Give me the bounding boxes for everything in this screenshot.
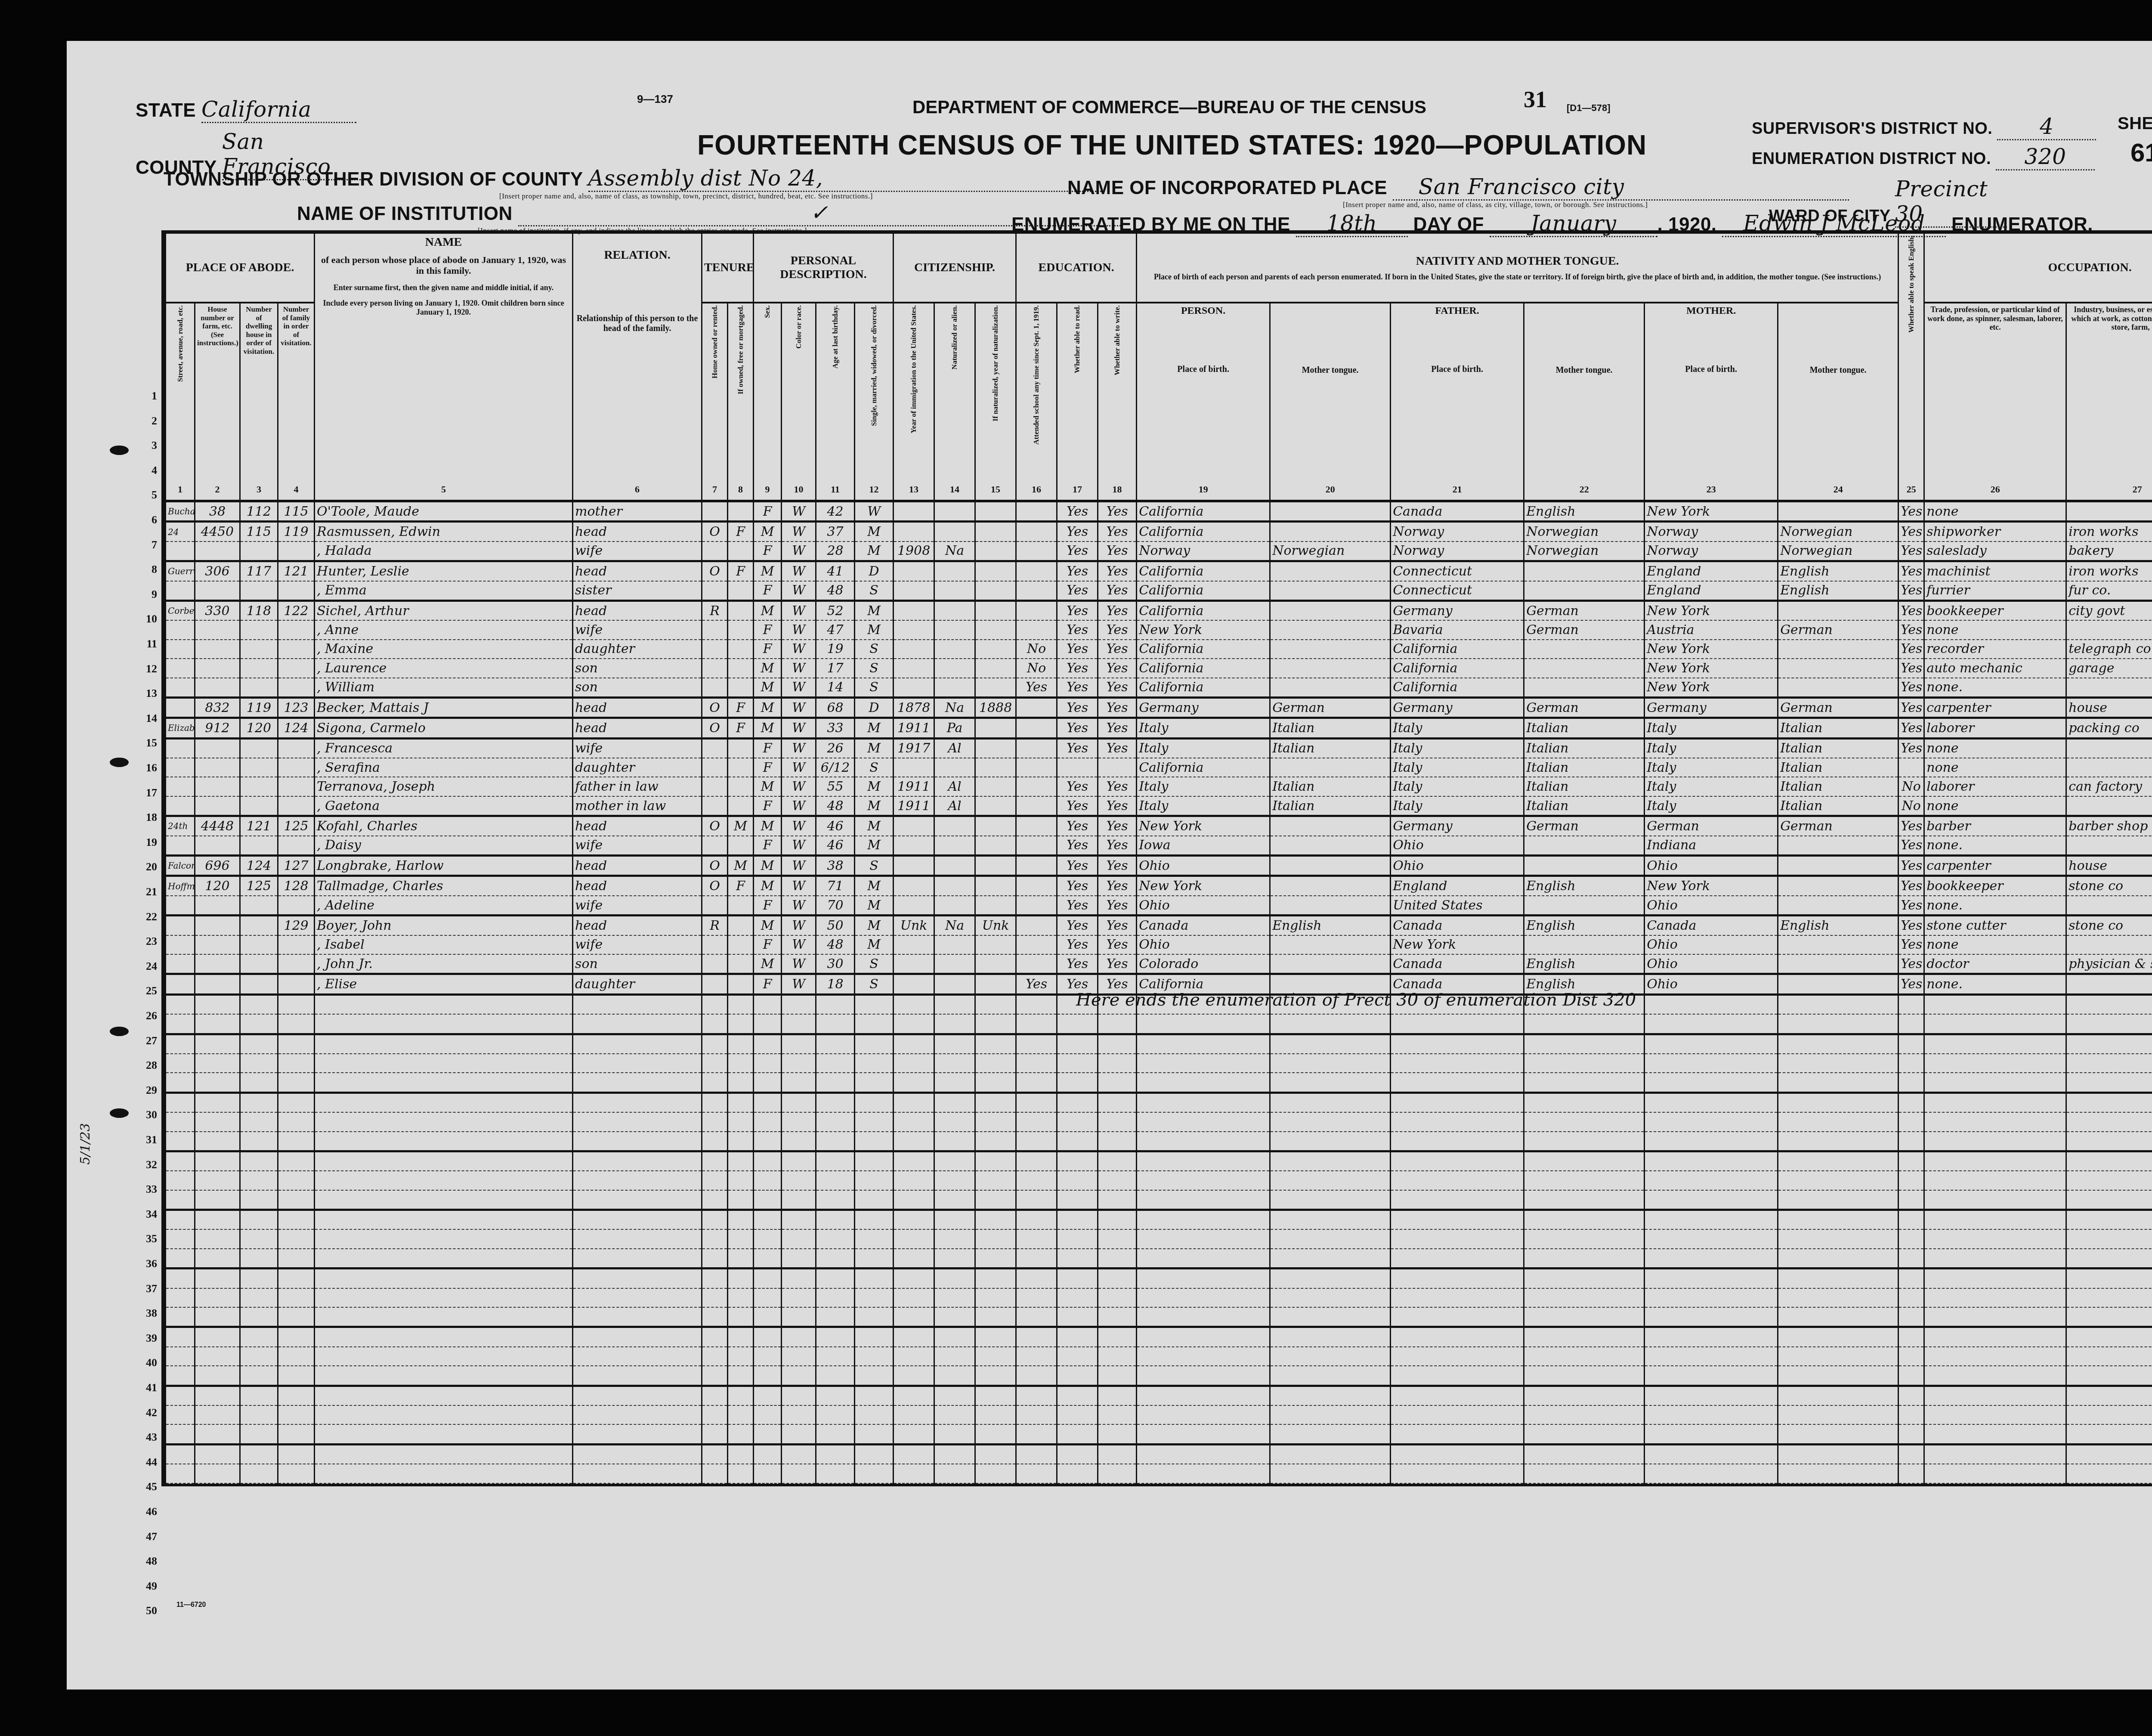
- cell-f_tongue: [1524, 1034, 1645, 1054]
- line-number: 25: [136, 984, 157, 997]
- punch-hole: [110, 758, 129, 767]
- cell-trade: [1924, 1307, 2066, 1327]
- cell-dwelling: 120: [240, 718, 278, 738]
- cell-english: [1898, 1405, 1924, 1424]
- cell-home: [702, 1327, 728, 1347]
- cell-age: 42: [816, 501, 855, 522]
- cell-house: [195, 1190, 240, 1210]
- cell-name: [315, 1151, 573, 1171]
- cell-school: [1016, 718, 1057, 738]
- cell-street: Hoffman: [166, 876, 195, 896]
- cell-family: 124: [278, 718, 315, 738]
- cell-industry: [2066, 758, 2152, 777]
- cell-nat: [934, 856, 975, 876]
- table-row: , John Jr.sonMW30SYesYesColoradoCanadaEn…: [166, 954, 2152, 974]
- cell-natyr: [975, 640, 1016, 659]
- cell-school: [1016, 758, 1057, 777]
- cell-school: [1016, 1054, 1057, 1073]
- cell-natyr: [975, 678, 1016, 698]
- line-number: 1: [136, 390, 157, 402]
- cell-owned: [728, 600, 754, 620]
- line-number: 48: [136, 1555, 157, 1568]
- cell-read: [1057, 1054, 1098, 1073]
- cell-read: [1057, 1073, 1098, 1092]
- cell-marital: [855, 1307, 894, 1327]
- cell-english: Yes: [1898, 916, 1924, 935]
- cell-name: [315, 1347, 573, 1366]
- cell-tongue: [1270, 836, 1391, 856]
- state-value: California: [201, 97, 356, 123]
- cell-race: [782, 1151, 816, 1171]
- group-tenure: TENURE.: [702, 234, 754, 303]
- cell-street: [166, 659, 195, 678]
- cell-natyr: [975, 561, 1016, 581]
- cell-dwelling: [240, 836, 278, 856]
- cell-nat: [934, 1132, 975, 1151]
- col-relation: RELATION. Relationship of this person to…: [573, 234, 702, 479]
- cell-m_birth: Ohio: [1645, 896, 1778, 916]
- cell-dwelling: [240, 1249, 278, 1269]
- department-title: DEPARTMENT OF COMMERCE—BUREAU OF THE CEN…: [912, 97, 1426, 118]
- cell-f_tongue: [1524, 1171, 1645, 1190]
- cell-family: [278, 896, 315, 916]
- cell-write: [1098, 1171, 1137, 1190]
- cell-trade: laborer: [1924, 777, 2066, 796]
- cell-immig: [894, 640, 934, 659]
- cell-name: , Francesca: [315, 738, 573, 758]
- line-number: 37: [136, 1282, 157, 1295]
- cell-home: [702, 994, 728, 1014]
- cell-age: 47: [816, 620, 855, 639]
- cell-name: [315, 1092, 573, 1112]
- cell-write: Yes: [1098, 816, 1137, 836]
- cell-name: , Isabel: [315, 935, 573, 954]
- cell-home: [702, 620, 728, 639]
- cell-natyr: [975, 1054, 1016, 1073]
- cell-f_birth: Canada: [1391, 954, 1524, 974]
- cell-industry: [2066, 1190, 2152, 1210]
- cell-nat: [934, 1327, 975, 1347]
- cell-age: 46: [816, 816, 855, 836]
- cell-tongue: [1270, 816, 1391, 836]
- cell-natyr: [975, 1073, 1016, 1092]
- cell-nat: [934, 896, 975, 916]
- table-row: [166, 1386, 2152, 1405]
- cell-f_tongue: [1524, 1054, 1645, 1073]
- table-row: Elizabeth St.912120124Sigona, Carmelohea…: [166, 718, 2152, 738]
- cell-industry: city govt: [2066, 600, 2152, 620]
- cell-home: [702, 1269, 728, 1288]
- col-race: Color or race.: [782, 303, 816, 479]
- cell-f_tongue: [1524, 1132, 1645, 1151]
- cell-nat: Na: [934, 916, 975, 935]
- cell-age: 6/12: [816, 758, 855, 777]
- cell-race: W: [782, 876, 816, 896]
- township-field: TOWNSHIP OR OTHER DIVISION OF COUNTY Ass…: [164, 166, 1105, 201]
- cell-street: [166, 1112, 195, 1131]
- cell-write: [1098, 1366, 1137, 1386]
- cell-street: [166, 1014, 195, 1034]
- table-row: , WilliamsonMW14SYesYesYesCaliforniaCali…: [166, 678, 2152, 698]
- cell-home: [702, 738, 728, 758]
- cell-f_tongue: [1524, 1151, 1645, 1171]
- cell-sex: F: [754, 896, 782, 916]
- cell-nat: [934, 1444, 975, 1464]
- cell-birth: [1137, 1386, 1270, 1405]
- cell-dwelling: [240, 896, 278, 916]
- cell-age: [816, 1092, 855, 1112]
- cell-english: Yes: [1898, 678, 1924, 698]
- cell-family: [278, 777, 315, 796]
- cell-dwelling: [240, 1132, 278, 1151]
- cell-marital: S: [855, 678, 894, 698]
- cell-industry: [2066, 1269, 2152, 1288]
- cell-street: 24th: [166, 816, 195, 836]
- cell-relation: father in law: [573, 777, 702, 796]
- col-sex: Sex.: [754, 303, 782, 479]
- cell-immig: [894, 836, 934, 856]
- group-nativity: NATIVITY AND MOTHER TONGUE. Place of bir…: [1137, 234, 1898, 303]
- cell-street: [166, 796, 195, 816]
- cell-trade: bookkeeper: [1924, 876, 2066, 896]
- cell-street: [166, 1444, 195, 1464]
- cell-name: [315, 1327, 573, 1347]
- cell-m_birth: [1645, 1073, 1778, 1092]
- cell-birth: [1137, 1347, 1270, 1366]
- cell-m_tongue: [1778, 1229, 1898, 1248]
- cell-house: [195, 542, 240, 561]
- cell-natyr: [975, 1210, 1016, 1230]
- cell-tongue: [1270, 1249, 1391, 1269]
- cell-owned: [728, 1171, 754, 1190]
- cell-immig: [894, 876, 934, 896]
- cell-trade: [1924, 1229, 2066, 1248]
- cell-m_birth: Ohio: [1645, 954, 1778, 974]
- cell-house: 306: [195, 561, 240, 581]
- cell-school: [1016, 561, 1057, 581]
- cell-family: [278, 1327, 315, 1347]
- cell-home: [702, 678, 728, 698]
- cell-owned: [728, 1444, 754, 1464]
- table-row: Corbett330118122Sichel, ArthurheadRMW52M…: [166, 600, 2152, 620]
- cell-m_birth: [1645, 1132, 1778, 1151]
- cell-m_tongue: [1778, 1054, 1898, 1073]
- cell-race: [782, 1327, 816, 1347]
- cell-nat: Na: [934, 542, 975, 561]
- cell-industry: [2066, 1444, 2152, 1464]
- cell-marital: S: [855, 581, 894, 601]
- line-number: 15: [136, 736, 157, 749]
- cell-street: 24: [166, 522, 195, 542]
- cell-street: [166, 836, 195, 856]
- cell-immig: [894, 1405, 934, 1424]
- cell-name: Longbrake, Harlow: [315, 856, 573, 876]
- line-number: 41: [136, 1381, 157, 1394]
- cell-english: Yes: [1898, 697, 1924, 718]
- cell-marital: [855, 1249, 894, 1269]
- cell-english: Yes: [1898, 896, 1924, 916]
- cell-f_birth: Canada: [1391, 916, 1524, 935]
- cell-school: [1016, 1151, 1057, 1171]
- cell-school: [1016, 1327, 1057, 1347]
- table-row: [166, 1054, 2152, 1073]
- cell-family: [278, 836, 315, 856]
- cell-owned: [728, 581, 754, 601]
- cell-owned: [728, 1424, 754, 1444]
- cell-relation: head: [573, 816, 702, 836]
- cell-family: [278, 1347, 315, 1366]
- cell-house: [195, 738, 240, 758]
- cell-natyr: [975, 816, 1016, 836]
- cell-owned: [728, 659, 754, 678]
- cell-family: 128: [278, 876, 315, 896]
- cell-school: [1016, 836, 1057, 856]
- cell-school: [1016, 896, 1057, 916]
- cell-m_tongue: English: [1778, 581, 1898, 601]
- cell-sex: [754, 1386, 782, 1405]
- cell-race: [782, 1405, 816, 1424]
- cell-marital: M: [855, 620, 894, 639]
- table-row: [166, 1073, 2152, 1092]
- line-number: 20: [136, 860, 157, 873]
- cell-house: [195, 1210, 240, 1230]
- cell-m_tongue: [1778, 896, 1898, 916]
- cell-street: [166, 1386, 195, 1405]
- cell-relation: head: [573, 718, 702, 738]
- cell-english: [1898, 1092, 1924, 1112]
- cell-english: [1898, 1424, 1924, 1444]
- cell-race: [782, 1307, 816, 1327]
- cell-birth: [1137, 1307, 1270, 1327]
- cell-immig: [894, 561, 934, 581]
- line-number: 12: [136, 662, 157, 675]
- col-dwelling: Number of dwelling house in order of vis…: [240, 303, 278, 479]
- cell-school: [1016, 1444, 1057, 1464]
- cell-race: W: [782, 581, 816, 601]
- cell-school: [1016, 876, 1057, 896]
- cell-trade: doctor: [1924, 954, 2066, 974]
- cell-sex: F: [754, 542, 782, 561]
- line-number: 24: [136, 960, 157, 973]
- township-value: Assembly dist No 24,: [588, 166, 1105, 192]
- cell-f_tongue: [1524, 1269, 1645, 1288]
- table-row: [166, 1132, 2152, 1151]
- cell-m_birth: [1645, 1386, 1778, 1405]
- cell-sex: [754, 1073, 782, 1092]
- cell-owned: [728, 935, 754, 954]
- cell-street: [166, 994, 195, 1014]
- ward-field: WARD OF CITY Precinct 30: [1769, 176, 2007, 228]
- table-row: Guerrero306117121Hunter, LeslieheadOFMW4…: [166, 561, 2152, 581]
- cell-trade: saleslady: [1924, 542, 2066, 561]
- cell-name: Boyer, John: [315, 916, 573, 935]
- cell-natyr: [975, 718, 1016, 738]
- cell-read: Yes: [1057, 935, 1098, 954]
- cell-birth: Canada: [1137, 916, 1270, 935]
- cell-street: [166, 1132, 195, 1151]
- cell-read: [1057, 1464, 1098, 1483]
- cell-owned: F: [728, 718, 754, 738]
- line-number: 11: [136, 637, 157, 650]
- cell-english: [1898, 758, 1924, 777]
- cell-race: [782, 1347, 816, 1366]
- cell-f_tongue: [1524, 1327, 1645, 1347]
- cell-street: [166, 1210, 195, 1230]
- cell-home: [702, 1073, 728, 1092]
- cell-age: 68: [816, 697, 855, 718]
- cell-school: [1016, 1269, 1057, 1288]
- cell-f_tongue: [1524, 1210, 1645, 1230]
- cell-m_tongue: [1778, 1210, 1898, 1230]
- cell-read: Yes: [1057, 600, 1098, 620]
- cell-write: [1098, 1014, 1137, 1034]
- cell-nat: [934, 1112, 975, 1131]
- table-row: 24th4448121125Kofahl, CharlesheadOMMW46M…: [166, 816, 2152, 836]
- line-number: 26: [136, 1009, 157, 1022]
- cell-age: 30: [816, 954, 855, 974]
- cell-name: [315, 1405, 573, 1424]
- cell-natyr: [975, 581, 1016, 601]
- cell-house: 120: [195, 876, 240, 896]
- cell-marital: D: [855, 697, 894, 718]
- cell-birth: [1137, 1171, 1270, 1190]
- form-code: [D1—578]: [1567, 102, 1610, 114]
- cell-industry: [2066, 896, 2152, 916]
- cell-immig: [894, 678, 934, 698]
- cell-nat: [934, 600, 975, 620]
- cell-birth: Italy: [1137, 738, 1270, 758]
- cell-dwelling: 115: [240, 522, 278, 542]
- cell-marital: [855, 1424, 894, 1444]
- cell-family: 125: [278, 816, 315, 836]
- cell-m_tongue: German: [1778, 697, 1898, 718]
- cell-home: [702, 1092, 728, 1112]
- cell-english: Yes: [1898, 600, 1924, 620]
- cell-tongue: [1270, 1424, 1391, 1444]
- cell-f_tongue: Norwegian: [1524, 542, 1645, 561]
- supervisor-district-value: 4: [1997, 114, 2096, 140]
- cell-home: [702, 1112, 728, 1131]
- cell-marital: S: [855, 659, 894, 678]
- cell-write: [1098, 1249, 1137, 1269]
- cell-trade: none: [1924, 758, 2066, 777]
- cell-tongue: [1270, 758, 1391, 777]
- cell-street: [166, 581, 195, 601]
- cell-street: [166, 1269, 195, 1288]
- cell-trade: none.: [1924, 974, 2066, 994]
- cell-industry: [2066, 974, 2152, 994]
- cell-race: [782, 1132, 816, 1151]
- cell-tongue: [1270, 678, 1391, 698]
- cell-owned: M: [728, 856, 754, 876]
- cell-birth: Germany: [1137, 697, 1270, 718]
- cell-f_birth: [1391, 1405, 1524, 1424]
- cell-tongue: [1270, 1151, 1391, 1171]
- cell-english: [1898, 1171, 1924, 1190]
- cell-house: [195, 954, 240, 974]
- cell-f_birth: [1391, 1014, 1524, 1034]
- cell-m_birth: New York: [1645, 600, 1778, 620]
- cell-read: [1057, 1347, 1098, 1366]
- cell-relation: head: [573, 697, 702, 718]
- cell-family: [278, 1424, 315, 1444]
- cell-sex: F: [754, 620, 782, 639]
- cell-tongue: [1270, 640, 1391, 659]
- cell-owned: [728, 836, 754, 856]
- cell-family: [278, 1229, 315, 1248]
- cell-trade: none: [1924, 796, 2066, 816]
- cell-f_tongue: English: [1524, 954, 1645, 974]
- cell-birth: California: [1137, 522, 1270, 542]
- cell-race: [782, 1014, 816, 1034]
- cell-trade: [1924, 1132, 2066, 1151]
- line-number: 6: [136, 514, 157, 526]
- cell-immig: [894, 1444, 934, 1464]
- cell-house: [195, 1366, 240, 1386]
- cell-sex: M: [754, 522, 782, 542]
- cell-dwelling: [240, 1171, 278, 1190]
- col-naturalization-year: If naturalized, year of naturalization.: [975, 303, 1016, 479]
- col-mother-birth: MOTHER.Place of birth.: [1645, 303, 1778, 479]
- cell-home: [702, 1249, 728, 1269]
- cell-trade: machinist: [1924, 561, 2066, 581]
- cell-birth: Iowa: [1137, 836, 1270, 856]
- cell-name: [315, 1269, 573, 1288]
- cell-street: [166, 640, 195, 659]
- cell-house: 832: [195, 697, 240, 718]
- cell-marital: M: [855, 916, 894, 935]
- cell-m_tongue: [1778, 1171, 1898, 1190]
- cell-write: [1098, 1269, 1137, 1288]
- cell-birth: California: [1137, 640, 1270, 659]
- cell-m_birth: Austria: [1645, 620, 1778, 639]
- table-row: [166, 1464, 2152, 1483]
- cell-name: [315, 1464, 573, 1483]
- cell-relation: [573, 1132, 702, 1151]
- cell-relation: [573, 1405, 702, 1424]
- table-row: [166, 1034, 2152, 1054]
- cell-sex: [754, 1269, 782, 1288]
- cell-m_tongue: [1778, 1424, 1898, 1444]
- cell-name: [315, 1112, 573, 1131]
- cell-natyr: [975, 1014, 1016, 1034]
- cell-marital: M: [855, 816, 894, 836]
- cell-street: [166, 1171, 195, 1190]
- cell-m_tongue: Italian: [1778, 777, 1898, 796]
- cell-nat: [934, 1092, 975, 1112]
- cell-dwelling: [240, 994, 278, 1014]
- cell-race: W: [782, 896, 816, 916]
- cell-f_birth: Germany: [1391, 816, 1524, 836]
- cell-sex: M: [754, 954, 782, 974]
- cell-industry: iron works: [2066, 561, 2152, 581]
- cell-m_birth: [1645, 1171, 1778, 1190]
- cell-write: Yes: [1098, 896, 1137, 916]
- cell-race: [782, 1112, 816, 1131]
- cell-english: Yes: [1898, 501, 1924, 522]
- table-row: [166, 1190, 2152, 1210]
- cell-m_birth: Ohio: [1645, 935, 1778, 954]
- cell-relation: [573, 1151, 702, 1171]
- cell-natyr: [975, 1405, 1016, 1424]
- cell-house: [195, 1307, 240, 1327]
- cell-name: [315, 1190, 573, 1210]
- cell-family: [278, 1112, 315, 1131]
- cell-name: , Maxine: [315, 640, 573, 659]
- cell-race: W: [782, 916, 816, 935]
- cell-birth: [1137, 1269, 1270, 1288]
- line-number: 18: [136, 811, 157, 824]
